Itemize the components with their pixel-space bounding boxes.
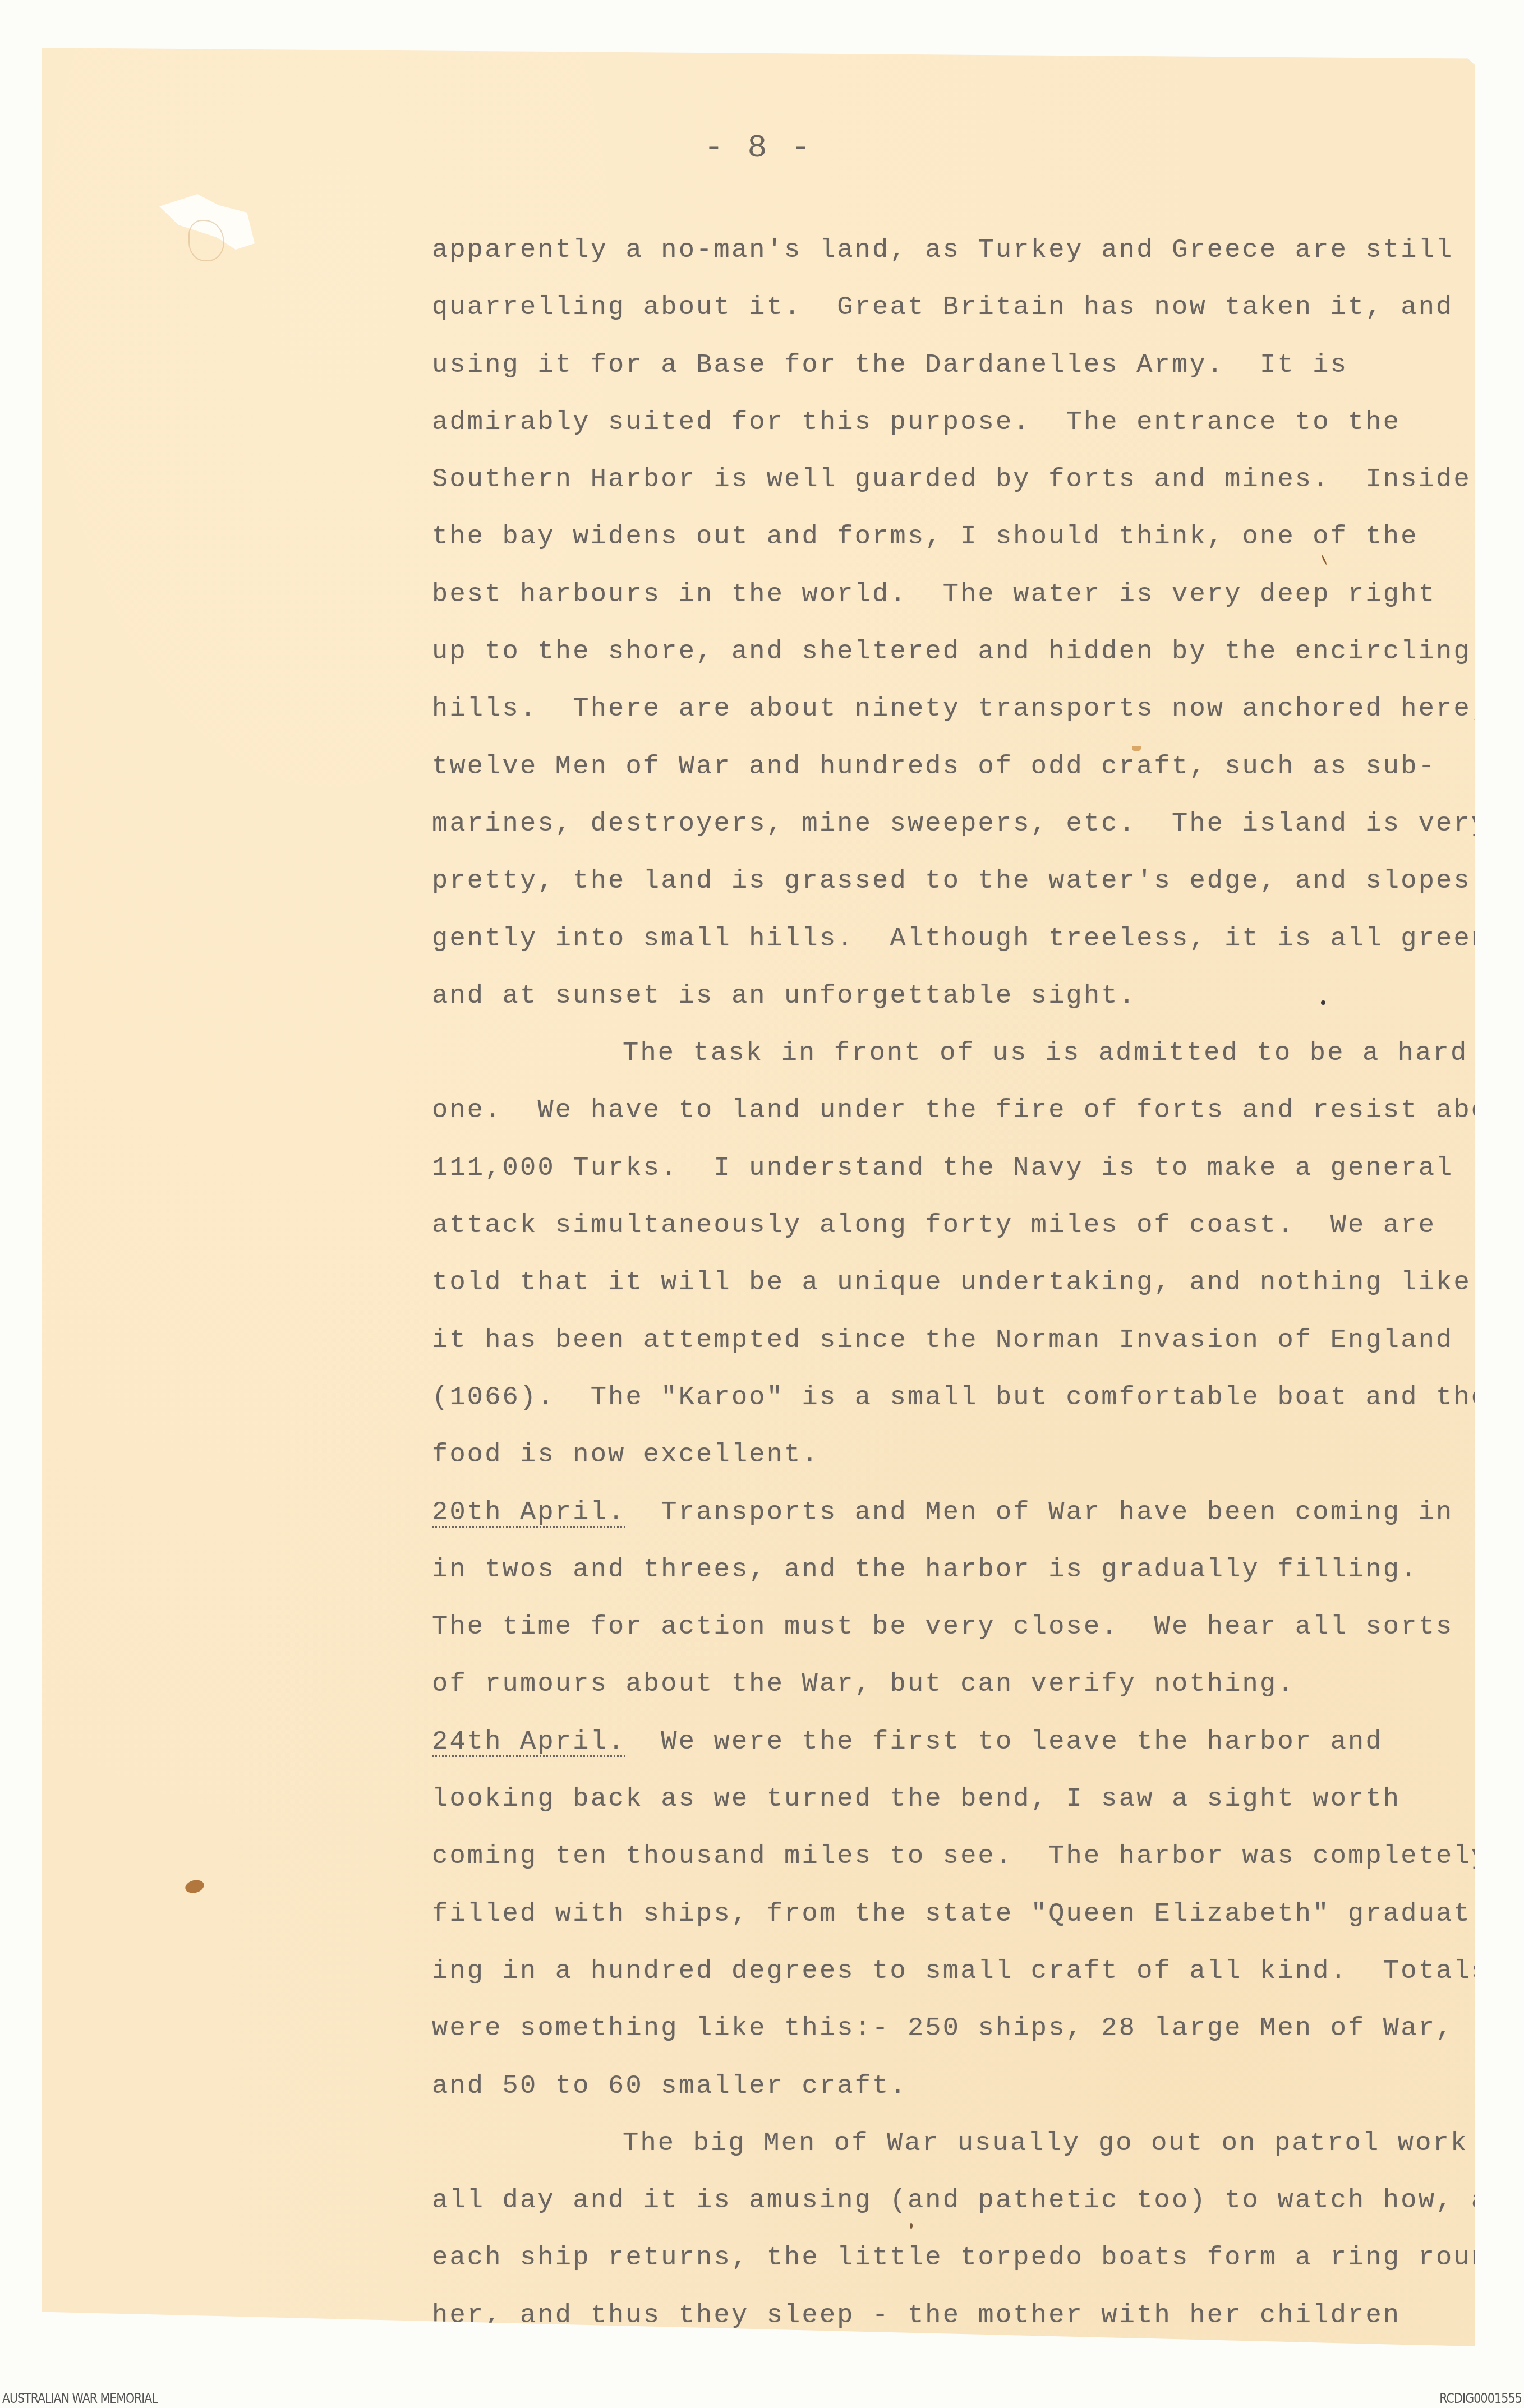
line-text: best harbours in the world. The water is… xyxy=(432,580,1436,610)
line-text: using it for a Base for the Dardanelles … xyxy=(432,350,1348,380)
text-line: attack simultaneously along forty miles … xyxy=(432,1197,1524,1254)
line-text: marines, destroyers, mine sweepers, etc.… xyxy=(432,809,1489,839)
text-line: apparently a no-man's land, as Turkey an… xyxy=(432,222,1524,279)
line-text: of rumours about the War, but can verify… xyxy=(432,1669,1295,1699)
dated-entry-line: 24th April. We were the first to leave t… xyxy=(432,1714,1524,1771)
entry-date: 24th April. xyxy=(432,1727,625,1757)
line-text: Transports and Men of War have been comi… xyxy=(625,1498,1453,1528)
typed-page: - 8 - apparently a no-man's land, as Tur… xyxy=(42,47,1475,2346)
line-text: filled with ships, from the state "Queen… xyxy=(432,1899,1489,1929)
dated-entry-line: 20th April. Transports and Men of War ha… xyxy=(432,1484,1524,1542)
line-text: The time for action must be very close. … xyxy=(432,1612,1453,1642)
line-text: and 50 to 60 smaller craft. xyxy=(432,2072,908,2101)
text-line: best harbours in the world. The water is… xyxy=(432,566,1524,624)
text-line: coming ten thousand miles to see. The ha… xyxy=(432,1828,1524,1885)
text-line: one. We have to land under the fire of f… xyxy=(432,1082,1524,1140)
text-line: admirably suited for this purpose. The e… xyxy=(432,394,1524,451)
entry-date: 20th April. xyxy=(432,1498,625,1528)
text-line: in twos and threes, and the harbor is gr… xyxy=(432,1542,1524,1599)
line-text: admirably suited for this purpose. The e… xyxy=(432,408,1401,437)
line-text: 111,000 Turks. I understand the Navy is … xyxy=(432,1154,1453,1183)
line-text: one. We have to land under the fire of f… xyxy=(432,1096,1524,1125)
line-text: attack simultaneously along forty miles … xyxy=(432,1211,1436,1240)
line-text: up to the shore, and sheltered and hidde… xyxy=(432,637,1471,667)
line-text: in twos and threes, and the harbor is gr… xyxy=(432,1555,1419,1585)
text-line: quarrelling about it. Great Britain has … xyxy=(432,279,1524,336)
text-line: the bay widens out and forms, I should t… xyxy=(432,509,1524,566)
text-line: gently into small hills. Although treele… xyxy=(432,911,1524,968)
line-text: looking back as we turned the bend, I sa… xyxy=(432,1784,1401,1814)
text-line: The task in front of us is admitted to b… xyxy=(432,1025,1524,1082)
line-text: ing in a hundred degrees to small craft … xyxy=(432,1957,1489,1986)
line-text: twelve Men of War and hundreds of odd cr… xyxy=(432,752,1436,782)
line-text: The task in front of us is admitted to b… xyxy=(623,1039,1468,1068)
text-line: and 50 to 60 smaller craft. xyxy=(432,2058,1524,2115)
text-line: using it for a Base for the Dardanelles … xyxy=(432,337,1524,394)
line-text: pretty, the land is grassed to the water… xyxy=(432,866,1471,896)
line-text: We were the first to leave the harbor an… xyxy=(625,1727,1383,1757)
line-text: (1066). The "Karoo" is a small but comfo… xyxy=(432,1383,1489,1413)
text-line: The time for action must be very close. … xyxy=(432,1599,1524,1656)
text-line: hills. There are about ninety transports… xyxy=(432,681,1524,738)
scan-edge-line xyxy=(8,0,8,2367)
line-text: gently into small hills. Although treele… xyxy=(432,924,1507,954)
text-line: her, and thus they sleep - the mother wi… xyxy=(432,2287,1524,2345)
text-line: of rumours about the War, but can verify… xyxy=(432,1656,1524,1713)
line-text: the bay widens out and forms, I should t… xyxy=(432,522,1419,552)
text-line: ing in a hundred degrees to small craft … xyxy=(432,1943,1524,2000)
text-line: each ship returns, the little torpedo bo… xyxy=(432,2230,1524,2287)
text-line: filled with ships, from the state "Queen… xyxy=(432,1886,1524,1943)
text-line: up to the shore, and sheltered and hidde… xyxy=(432,624,1524,681)
line-text: quarrelling about it. Great Britain has … xyxy=(432,293,1453,322)
text-line: told that it will be a unique undertakin… xyxy=(432,1254,1524,1312)
line-text: told that it will be a unique undertakin… xyxy=(432,1268,1471,1298)
text-line: pretty, the land is grassed to the water… xyxy=(432,853,1524,910)
typed-body-text: apparently a no-man's land, as Turkey an… xyxy=(432,222,1524,2345)
ink-speck xyxy=(1327,2356,1330,2362)
text-line: looking back as we turned the bend, I sa… xyxy=(432,1771,1524,1828)
line-text: were something like this:- 250 ships, 28… xyxy=(432,2014,1453,2043)
line-text: Southern Harbor is well guarded by forts… xyxy=(432,465,1471,495)
footer-institution: AUSTRALIAN WAR MEMORIAL xyxy=(2,2390,158,2406)
line-text: food is now excellent. xyxy=(432,1440,819,1470)
line-text: all day and it is amusing (and pathetic … xyxy=(432,2186,1507,2216)
line-text: hills. There are about ninety transports… xyxy=(432,694,1489,724)
text-line: twelve Men of War and hundreds of odd cr… xyxy=(432,739,1524,796)
text-line: and at sunset is an unforgettable sight. xyxy=(432,968,1524,1025)
text-line: were something like this:- 250 ships, 28… xyxy=(432,2000,1524,2058)
text-line: all day and it is amusing (and pathetic … xyxy=(432,2172,1524,2230)
text-line: it has been attempted since the Norman I… xyxy=(432,1312,1524,1369)
brown-stain-mark xyxy=(184,1878,206,1895)
text-line: (1066). The "Karoo" is a small but comfo… xyxy=(432,1369,1524,1427)
line-text: it has been attempted since the Norman I… xyxy=(432,1326,1453,1355)
line-text: her, and thus they sleep - the mother wi… xyxy=(432,2301,1401,2331)
line-text: and at sunset is an unforgettable sight. xyxy=(432,981,1136,1011)
page-number: - 8 - xyxy=(42,130,1475,167)
footer-record-id: RCDIG0001555 xyxy=(1439,2390,1522,2406)
line-text: each ship returns, the little torpedo bo… xyxy=(432,2243,1507,2273)
text-line: food is now excellent. xyxy=(432,1427,1524,1484)
text-line: marines, destroyers, mine sweepers, etc.… xyxy=(432,796,1524,853)
text-line: Southern Harbor is well guarded by forts… xyxy=(432,451,1524,509)
line-text: apparently a no-man's land, as Turkey an… xyxy=(432,236,1453,265)
text-line: The big Men of War usually go out on pat… xyxy=(432,2115,1524,2172)
line-text: coming ten thousand miles to see. The ha… xyxy=(432,1842,1489,1871)
line-text: The big Men of War usually go out on pat… xyxy=(623,2129,1468,2158)
text-line: 111,000 Turks. I understand the Navy is … xyxy=(432,1140,1524,1197)
